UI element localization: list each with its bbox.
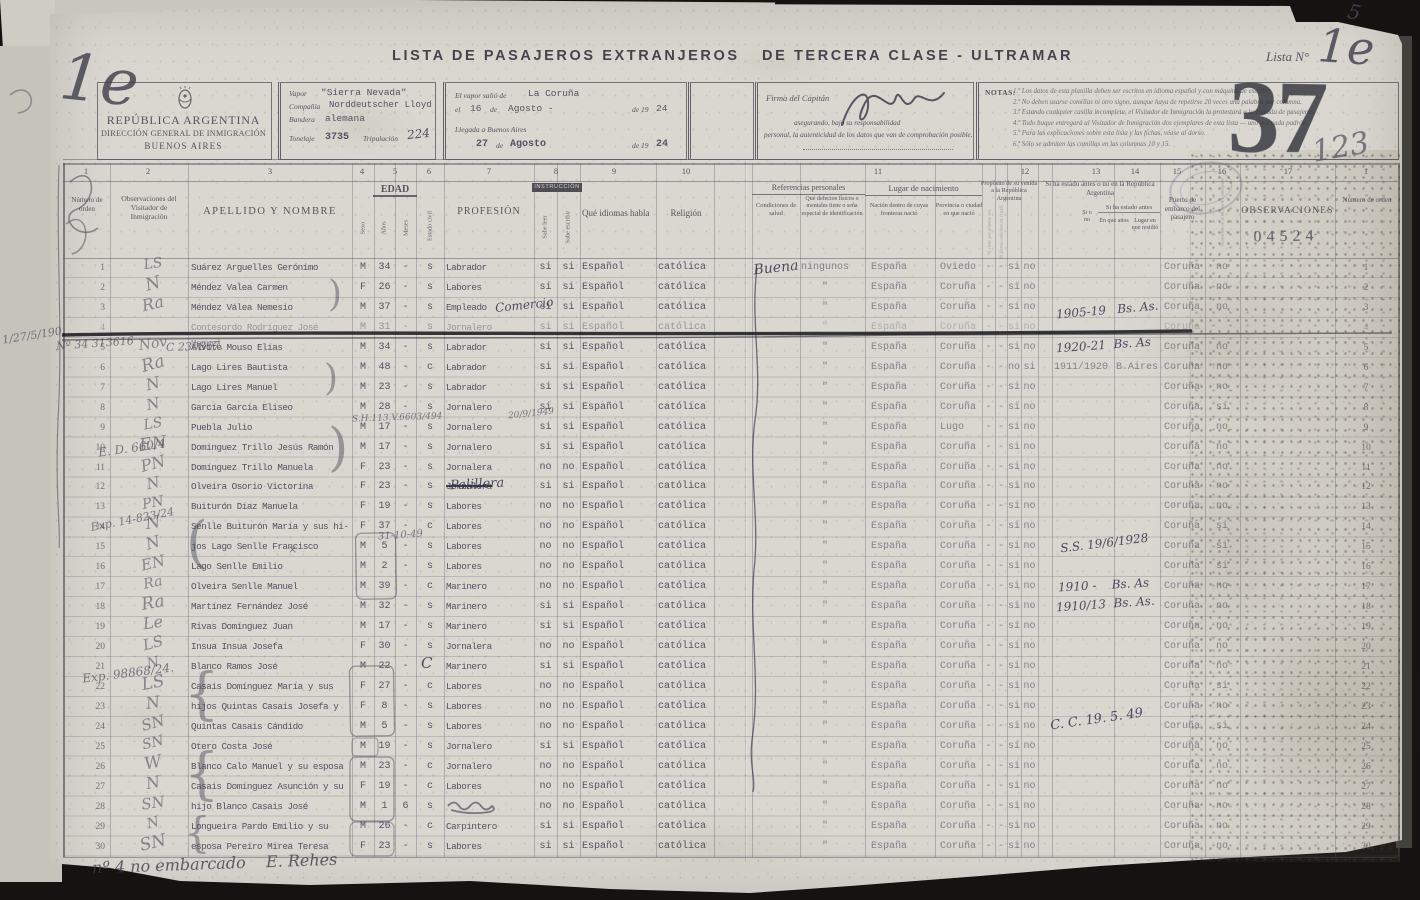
cell-pf: Jornalera	[446, 479, 532, 495]
cell-mo: -	[395, 559, 416, 575]
cell-d2: -	[995, 479, 1007, 495]
cell-s1: si	[1007, 739, 1021, 755]
cell-cv: s	[416, 340, 444, 356]
cell-le: no	[534, 719, 557, 735]
cell-s2: no	[1021, 300, 1038, 316]
cell-s2: no	[1021, 799, 1038, 815]
cell-mo: -	[395, 839, 416, 855]
cell-s2: no	[1021, 739, 1038, 755]
column-number: 11	[866, 166, 890, 176]
cell-pf: Jornalero	[446, 739, 532, 755]
cell-sx: M	[352, 759, 374, 775]
cell-c6: si	[1206, 539, 1238, 555]
cell-df: "	[800, 280, 850, 296]
cell-le: no	[534, 759, 557, 775]
cell-id: Español	[582, 260, 656, 276]
cell-c6: si	[1206, 400, 1238, 416]
cell-cv: s	[416, 619, 444, 635]
cell-mo: -	[395, 659, 416, 675]
cell-d2: -	[995, 639, 1007, 655]
cell-df: "	[800, 300, 850, 316]
cell-s2: no	[1021, 380, 1038, 396]
cell-mo: -	[395, 440, 416, 456]
cell-df: "	[800, 839, 850, 855]
cell-yr: 34	[374, 260, 395, 276]
cell-pv: Coruña	[940, 320, 982, 336]
cell-df: ningunos	[800, 260, 850, 276]
cell-s1: si	[1007, 839, 1021, 855]
cell-s1: si	[1007, 559, 1021, 575]
table-row: 6RaLago Lires BautistaM48-cLabradorsisiE…	[0, 358, 1420, 378]
cell-df: "	[800, 499, 850, 515]
cell-yr: 23	[374, 460, 395, 476]
cell-nm: Buiturón Díaz Manuela	[191, 499, 351, 515]
cell-sx: M	[352, 559, 374, 575]
captain-line2: personal, la autenticidad de los datos q…	[764, 131, 973, 139]
cell-n: 11	[63, 460, 105, 476]
table-row: 27NCasais Domínguez Asunción y suF19-cLa…	[0, 777, 1420, 797]
cell-pt: Coruña	[1164, 619, 1204, 635]
cell-pv: Coruña	[940, 619, 982, 635]
cell-c6: si	[1206, 559, 1238, 575]
cell-na: España	[871, 360, 933, 376]
voyage-box: El vapor salió de La Coruña el 16 de Ago…	[443, 82, 687, 160]
cell-c6: no	[1206, 579, 1238, 595]
cell-pt: Coruña	[1164, 779, 1204, 795]
cell-rl: católica	[658, 300, 712, 316]
cell-n: 29	[63, 819, 105, 835]
col-provincia-label: Provincia o ciudad en que nació	[934, 202, 984, 217]
cell-sx: M	[352, 539, 374, 555]
cell-c6: no	[1206, 619, 1238, 635]
cell-pf: Marinero	[446, 619, 532, 635]
cell-nm: Lago Senlle Emilio	[191, 559, 351, 575]
cell-pt: Coruña	[1164, 519, 1204, 535]
cell-c6: no	[1206, 499, 1238, 515]
cell-na: España	[871, 539, 933, 555]
cell-df: "	[800, 639, 850, 655]
captain-box: Firma del Capitán asegurando, bajo su re…	[755, 82, 974, 160]
cell-s2: no	[1021, 420, 1038, 436]
cell-n: 20	[63, 639, 105, 655]
cell-df: "	[800, 360, 850, 376]
cell-s2: no	[1021, 280, 1038, 296]
cell-n2: 18	[1336, 599, 1396, 615]
cell-n2: 24	[1336, 719, 1396, 735]
cell-s2: no	[1021, 839, 1038, 855]
cell-n: 19	[63, 619, 105, 635]
cell-n2: 29	[1336, 819, 1396, 835]
cell-cv: s	[416, 400, 444, 416]
cell-s1: si	[1007, 320, 1021, 336]
cell-sx: M	[352, 300, 374, 316]
cell-cv: c	[416, 819, 444, 835]
cell-n2: 5	[1336, 340, 1396, 356]
cell-rl: católica	[658, 260, 712, 276]
cell-pv: Coruña	[940, 799, 982, 815]
cell-es: no	[557, 519, 580, 535]
table-row: 14NSenlle Buiturón María y sus hi-F37-cL…	[0, 517, 1420, 537]
cell-s1: si	[1007, 420, 1021, 436]
cell-es: no	[557, 759, 580, 775]
cell-na: España	[871, 300, 933, 316]
cell-na: España	[871, 460, 933, 476]
cell-yr: 26	[374, 819, 395, 835]
cell-nm: Otero Costa José	[191, 739, 351, 755]
cell-sx: M	[352, 619, 374, 635]
cell-id: Español	[582, 360, 656, 376]
cell-d2: -	[995, 699, 1007, 715]
de19-label: de 19	[632, 105, 648, 114]
table-row: 26WBlanco Calo Manuel y su esposaM23-cJo…	[0, 757, 1420, 777]
column-number: 15	[1165, 166, 1189, 176]
cell-s1: si	[1007, 300, 1021, 316]
cell-d1: -	[982, 260, 995, 276]
cell-s2: no	[1021, 559, 1038, 575]
cell-d2: -	[995, 280, 1007, 296]
cell-sx: F	[352, 839, 374, 855]
cell-s2: no	[1021, 519, 1038, 535]
cell-s1: si	[1007, 479, 1021, 495]
cell-le: si	[534, 260, 557, 276]
cell-id: Español	[582, 340, 656, 356]
cell-nm: Domínguez Trillo Manuela	[191, 460, 351, 476]
cell-n2: 16	[1336, 559, 1396, 575]
org-city: BUENOS AIRES	[103, 141, 264, 151]
cell-id: Español	[582, 420, 656, 436]
cell-df: "	[800, 779, 850, 795]
org-country: REPÚBLICA ARGENTINA	[103, 113, 264, 128]
cell-le: si	[534, 440, 557, 456]
cell-es: si	[557, 340, 580, 356]
table-row: 29NLongueira Pardo Emilio y suM26-cCarpi…	[0, 817, 1420, 837]
cell-pf: Labores	[446, 559, 532, 575]
cell-d1: -	[982, 380, 995, 396]
cell-df: "	[800, 440, 850, 456]
cell-rl: católica	[658, 340, 712, 356]
cell-pt: Coruña	[1164, 479, 1204, 495]
cell-yr: 30	[374, 639, 395, 655]
cell-le: si	[534, 320, 557, 336]
cell-pt: Coruña	[1164, 440, 1204, 456]
cell-yr: 22	[374, 659, 395, 675]
cell-mo: -	[395, 300, 416, 316]
cell-yr: 8	[374, 699, 395, 715]
table-row: 19LeRivas Domínguez JuanM17-sMarinerosis…	[0, 617, 1420, 637]
cell-s2: no	[1021, 819, 1038, 835]
cell-c6: no	[1206, 380, 1238, 396]
grid-hline	[63, 181, 1398, 182]
cell-d1: -	[982, 819, 995, 835]
cell-yr: 37	[374, 300, 395, 316]
cell-c6: no	[1206, 659, 1238, 675]
cell-na: España	[871, 420, 933, 436]
cell-d1: -	[982, 779, 995, 795]
cell-pt: Coruña	[1164, 300, 1204, 316]
cell-pf: Labores	[446, 519, 532, 535]
cell-n2: 14	[1336, 519, 1396, 535]
table-row: 18RaMartínez Fernández JoséM32-sMarinero…	[0, 597, 1420, 617]
cell-cv: s	[416, 320, 444, 336]
cell-rl: católica	[658, 499, 712, 515]
cell-rl: católica	[658, 839, 712, 855]
cell-nm: Casais Domínguez María y sus	[191, 679, 351, 695]
cell-id: Español	[582, 719, 656, 735]
cell-pt: Coruña	[1164, 380, 1204, 396]
cell-c6: no	[1206, 819, 1238, 835]
cell-pt: Coruña	[1164, 699, 1204, 715]
cell-es: no	[557, 719, 580, 735]
cell-rl: católica	[658, 639, 712, 655]
cell-s2: no	[1021, 719, 1038, 735]
cell-nm: hijo Blanco Casais José	[191, 799, 351, 815]
cell-id: Español	[582, 460, 656, 476]
cell-s2: no	[1021, 679, 1038, 695]
cell-s2: no	[1021, 759, 1038, 775]
cell-yr: 28	[374, 400, 395, 416]
cell-s2: no	[1021, 639, 1038, 655]
cell-pt: Coruña	[1164, 759, 1204, 775]
table-row: 22LSCasais Domínguez María y susF27-cLab…	[0, 677, 1420, 697]
cell-sx: M	[352, 400, 374, 416]
cell-pt: Coruña	[1164, 280, 1204, 296]
cell-nm: Suárez Arguelles Gerónimo	[191, 260, 351, 276]
cell-rl: católica	[658, 619, 712, 635]
cell-n: 13	[63, 499, 105, 515]
cell-mo: 6	[395, 799, 416, 815]
cell-n: 22	[63, 679, 105, 695]
cell-n2: 12	[1336, 479, 1396, 495]
cell-rl: católica	[658, 360, 712, 376]
cell-id: Español	[582, 599, 656, 615]
cell-le: si	[534, 819, 557, 835]
cell-nm: Olveira Osorio Victorina	[191, 479, 351, 495]
cell-le: si	[534, 360, 557, 376]
cell-s2: no	[1021, 260, 1038, 276]
cell-sx: M	[352, 360, 374, 376]
cell-id: Español	[582, 499, 656, 515]
vapor-label: Vapor	[289, 89, 307, 98]
col-13b-label: Si piensa radicarse en el país	[999, 206, 1004, 259]
cell-sx: M	[352, 599, 374, 615]
cell-c6: no	[1206, 839, 1238, 855]
cell-d1: -	[982, 420, 995, 436]
cell-yr: 23	[374, 839, 395, 855]
table-row: 25SNOtero Costa JoséM19-sJornalerosisiEs…	[0, 737, 1420, 757]
cell-pt: Coruña	[1164, 559, 1204, 575]
cell-pf: Marinero	[446, 659, 532, 675]
cell-d2: -	[995, 400, 1007, 416]
cell-df: "	[800, 479, 850, 495]
cell-pf: Marinero	[446, 599, 532, 615]
cell-id: Español	[582, 280, 656, 296]
cell-s2: no	[1021, 340, 1038, 356]
cell-pt: Coruña	[1164, 739, 1204, 755]
cell-le: si	[534, 420, 557, 436]
cell-yr: 27	[374, 679, 395, 695]
cell-mo: -	[395, 519, 416, 535]
table-row: 17RaOlveira Senlle ManuelM39-cMarinerono…	[0, 577, 1420, 597]
cell-pv: Oviedo	[940, 260, 982, 276]
cell-n: 16	[63, 559, 105, 575]
cell-mo: -	[395, 400, 416, 416]
cell-n: 30	[63, 839, 105, 855]
cell-yr: 1	[374, 799, 395, 815]
col-16-label: Si entiende en el idioma del inmigrante	[1220, 177, 1225, 246]
cell-n: 2	[63, 280, 105, 296]
el-label: el	[455, 105, 460, 114]
cell-pv: Coruña	[940, 759, 982, 775]
cell-pt: Coruña	[1164, 639, 1204, 655]
stamp-serial: 04524	[1238, 227, 1334, 247]
table-row: 16ENLago Senlle EmilioM2-sLaboresnonoEsp…	[0, 557, 1420, 577]
cell-es: si	[557, 739, 580, 755]
cell-rl: católica	[658, 380, 712, 396]
cell-rl: católica	[658, 599, 712, 615]
cell-nm: Rivas Domínguez Juan	[191, 619, 351, 635]
cell-s1: si	[1007, 499, 1021, 515]
cell-n: 24	[63, 719, 105, 735]
cell-na: España	[871, 699, 933, 715]
table-row: 28SNhijo Blanco Casais JoséM16snonoEspañ…	[0, 797, 1420, 817]
cell-pf: Carpintero	[446, 819, 532, 835]
cell-n2: 1	[1336, 260, 1396, 276]
column-number: 7	[477, 166, 501, 176]
cell-sx: M	[352, 260, 374, 276]
cell-n: 8	[63, 400, 105, 416]
column-number: 6	[417, 166, 441, 176]
cell-id: Español	[582, 400, 656, 416]
cell-pt: Coruña	[1164, 499, 1204, 515]
cell-pt: Coruña	[1164, 340, 1204, 356]
cell-pf: Labores	[446, 839, 532, 855]
cell-pv: Coruña	[940, 659, 982, 675]
cell-na: España	[871, 499, 933, 515]
cell-s1: si	[1007, 460, 1021, 476]
cell-s2: no	[1021, 699, 1038, 715]
cell-df: "	[800, 719, 850, 735]
cell-yr: 31	[374, 320, 395, 336]
cell-d2: -	[995, 679, 1007, 695]
column-number: 8	[544, 166, 568, 176]
cell-pf: Labores	[446, 719, 532, 735]
cell-n: 18	[63, 599, 105, 615]
cell-n: 27	[63, 779, 105, 795]
cell-d1: -	[982, 519, 995, 535]
cell-cv: c	[416, 360, 444, 376]
cell-sx: M	[352, 799, 374, 815]
vapor-value: "Sierra Nevada"	[321, 87, 407, 98]
cell-pv: Coruña	[940, 579, 982, 595]
cell-nm: Blanco Ramos José	[191, 659, 351, 675]
cell-pf: Labores	[446, 499, 532, 515]
cell-cv: s	[416, 719, 444, 735]
cell-d2: -	[995, 460, 1007, 476]
cell-n: 17	[63, 579, 105, 595]
cell-df: "	[800, 739, 850, 755]
cell-df: "	[800, 559, 850, 575]
cell-pv: Coruña	[940, 519, 982, 535]
cell-mo: -	[395, 739, 416, 755]
cell-sx: F	[352, 280, 374, 296]
cell-d1: -	[982, 759, 995, 775]
cell-id: Español	[582, 579, 656, 595]
col-estado-antes-label: Si ha estado antes o no en la República …	[1040, 180, 1160, 197]
cell-n2: 13	[1336, 499, 1396, 515]
cell-sx: F	[352, 499, 374, 515]
cell-pf: Jornalero	[446, 440, 532, 456]
cell-sx: M	[352, 819, 374, 835]
cell-d1: -	[982, 619, 995, 635]
cell-s1: si	[1007, 799, 1021, 815]
cell-lg: B.Aires	[1116, 360, 1158, 376]
cell-pv: Coruña	[940, 599, 982, 615]
cell-d1: -	[982, 400, 995, 416]
salio-port: La Coruña	[528, 88, 579, 99]
cell-s1: si	[1007, 380, 1021, 396]
cell-pv: Coruña	[940, 499, 982, 515]
cell-na: España	[871, 320, 933, 336]
cell-sa: Buena	[751, 258, 800, 279]
bandera-value: alemana	[325, 113, 365, 124]
cell-s1: si	[1007, 400, 1021, 416]
cell-id: Español	[582, 739, 656, 755]
col-lugar-residio-label: Lugar en que residió	[1130, 218, 1160, 232]
cell-n: 1	[63, 260, 105, 276]
cell-sx: M	[352, 380, 374, 396]
cell-rl: católica	[658, 420, 712, 436]
cell-rl: católica	[658, 280, 712, 296]
col-sexo-label: Sexo	[360, 222, 367, 235]
table-row: 12NOlveira Osorio VictorinaF23-sJornaler…	[0, 477, 1420, 497]
cell-le: no	[534, 779, 557, 795]
cell-s2: no	[1021, 539, 1038, 555]
cell-id: Español	[582, 559, 656, 575]
cell-sx: M	[352, 719, 374, 735]
cell-mo: -	[395, 320, 416, 336]
tripulacion-label: Tripulación	[363, 134, 398, 143]
cell-s1: si	[1007, 659, 1021, 675]
cell-n2: 17	[1336, 579, 1396, 595]
cell-c6: no	[1206, 280, 1238, 296]
org-box: REPÚBLICA ARGENTINA DIRECCIÓN GENERAL DE…	[97, 82, 272, 160]
cell-nm: hijos Quintas Casais Josefa y	[191, 699, 351, 715]
cell-n: 23	[63, 699, 105, 715]
col-salud-label: Condiciones de salud	[754, 202, 798, 218]
cell-d2: -	[995, 599, 1007, 615]
cell-n2: 9	[1336, 420, 1396, 436]
cell-nm: Olveira Senlle Manuel	[191, 579, 351, 595]
cell-n: 14	[63, 519, 105, 535]
cell-n: 26	[63, 759, 105, 775]
cell-yr: 17	[374, 619, 395, 635]
cell-pt: Coruña	[1164, 839, 1204, 855]
cell-c6: no	[1206, 639, 1238, 655]
cell-n2: 4	[1336, 320, 1396, 336]
cell-na: España	[871, 260, 933, 276]
cell-n: 9	[63, 420, 105, 436]
cell-le: no	[534, 519, 557, 535]
col-referencias-label: Referencias personales	[752, 183, 865, 195]
cell-id: Español	[582, 819, 656, 835]
llegada-year: 24	[656, 139, 668, 150]
scanned-passenger-list: LISTA DE PASAJEROS EXTRANJEROS DE TERCER…	[0, 0, 1420, 900]
cell-nm: García García Eliseo	[191, 400, 351, 416]
cell-d2: -	[995, 360, 1007, 376]
cell-nm: Casais Domínguez Asunción y su	[191, 779, 351, 795]
column-number: 1	[1354, 166, 1378, 176]
cell-rl: católica	[658, 779, 712, 795]
